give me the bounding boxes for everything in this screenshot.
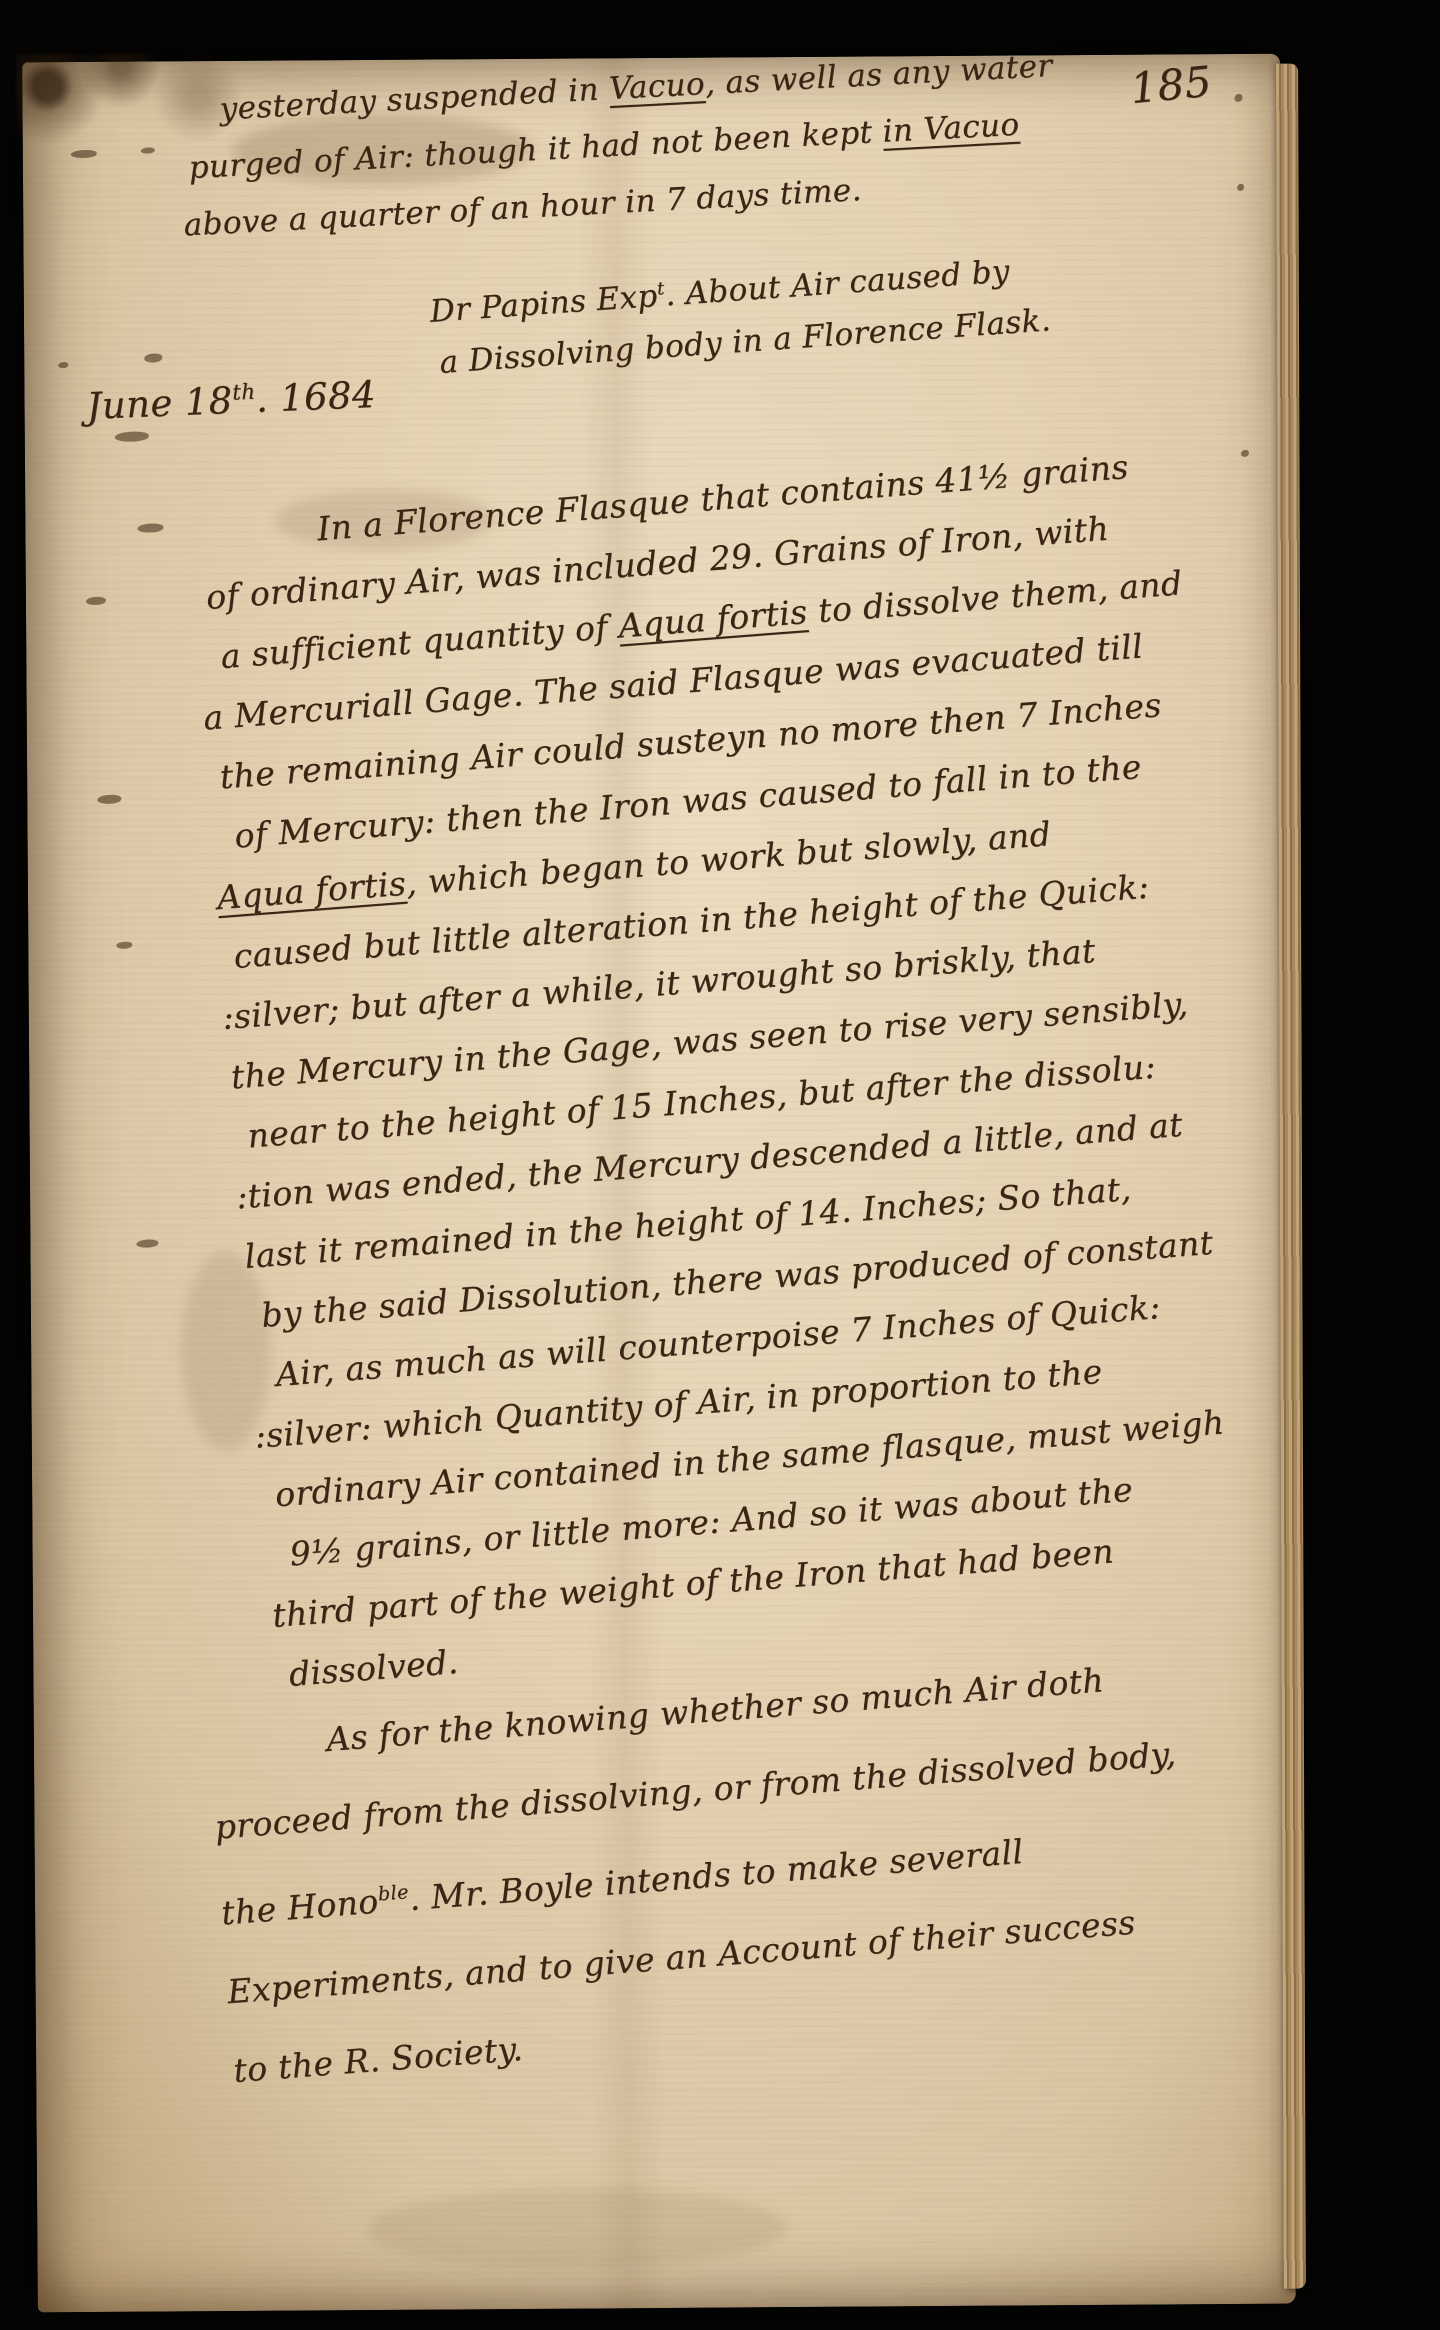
margin-ink-mark [58, 362, 68, 368]
closing-paragraph: As for the knowing whether so much Air d… [206, 1635, 1198, 2110]
photograph-background: { "ink_color": "#3a2514", "paper_color":… [0, 0, 1440, 2330]
margin-ink-mark [116, 942, 132, 949]
margin-ink-mark [115, 432, 149, 442]
superscript: th [232, 380, 256, 406]
entry-heading: Dr Papins Expt. About Air caused by a Di… [428, 236, 1053, 389]
margin-ink-mark [144, 353, 162, 362]
underlined-text: Vacuo [608, 66, 706, 107]
main-paragraph: In a Florence Flasque that contains 41½ … [187, 434, 1262, 1706]
text-segment: the Hono [220, 1882, 380, 1933]
text-segment: . 1684 [255, 373, 377, 421]
entry-date: June 18th. 1684 [86, 373, 377, 428]
margin-ink-mark [86, 597, 106, 605]
text-segment: Dr Papins Exp [429, 278, 659, 330]
showthrough-smudge [367, 2187, 788, 2270]
book-fore-edge [1276, 64, 1306, 2289]
text-segment: , as well as any water [704, 48, 1053, 102]
edge-ink-mark [1234, 94, 1242, 102]
margin-ink-mark [136, 1239, 158, 1247]
manuscript-page: 185 yesterday suspended in Vacuo, as wel… [22, 54, 1296, 2313]
superscript: ble [377, 1880, 410, 1905]
edge-ink-mark [1241, 450, 1249, 457]
folio-number: 185 [1128, 57, 1214, 113]
underlined-text: Aqua fortis [216, 864, 408, 917]
margin-ink-mark [137, 523, 163, 532]
text-segment: yesterday suspended in [219, 71, 610, 127]
text-segment: June 18 [86, 379, 234, 428]
edge-ink-mark [1237, 184, 1244, 191]
margin-ink-mark [97, 795, 121, 804]
opening-paragraph: yesterday suspended in Vacuo, as well as… [184, 38, 1060, 254]
underlined-text: in Vacuo [882, 107, 1021, 150]
underlined-text: Aqua fortis [617, 592, 809, 645]
